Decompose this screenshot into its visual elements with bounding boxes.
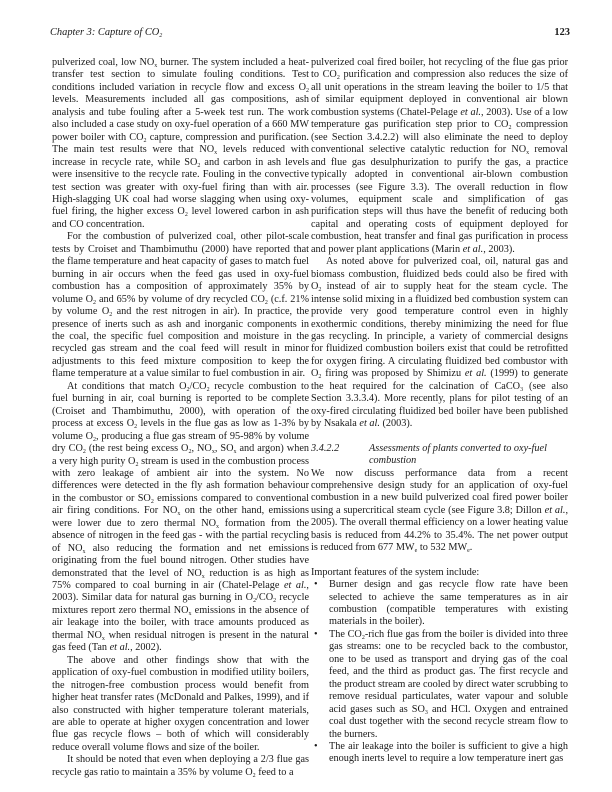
list-item: • The air leakage into the boiler is suf… (311, 741, 568, 766)
features-list: • Burner design and gas recycle flow rat… (311, 579, 568, 766)
paragraph: For the combustion of pulverized coal, o… (52, 231, 309, 380)
features-intro: Important features of the system include… (311, 567, 568, 579)
paragraph: The above and other findings show that w… (52, 655, 309, 755)
section-title: Assessments of plants converted to oxy-f… (369, 443, 568, 468)
page-number: 123 (554, 27, 570, 38)
list-item: • The CO2-rich flue gas from the boiler … (311, 629, 568, 741)
running-head: Chapter 3: Capture of CO2 (50, 27, 162, 38)
list-item-text: The air leakage into the boiler is suffi… (329, 741, 568, 764)
list-item-text: The CO2-rich flue gas from the boiler is… (329, 629, 568, 740)
paragraph: pulverized coal fired boiler, hot recycl… (311, 57, 568, 256)
spacer (311, 555, 568, 567)
list-item: • Burner design and gas recycle flow rat… (311, 579, 568, 629)
paragraph: We now discuss performance data from a r… (311, 468, 568, 555)
paragraph: pulverized coal, low NOx burner. The sys… (52, 57, 309, 231)
section-number: 3.4.2.2 (311, 443, 369, 468)
bullet-icon: • (314, 629, 318, 641)
list-item-text: Burner design and gas recycle flow rate … (329, 579, 568, 627)
paragraph: It should be noted that even when deploy… (52, 754, 309, 779)
paragraph: At conditions that match O2/CO2 recycle … (52, 381, 309, 655)
left-column: pulverized coal, low NOx burner. The sys… (52, 57, 309, 779)
section-heading: 3.4.2.2 Assessments of plants converted … (311, 443, 568, 468)
bullet-icon: • (314, 741, 318, 753)
page-header: Chapter 3: Capture of CO2 123 (50, 27, 570, 43)
bullet-icon: • (314, 579, 318, 591)
right-column: pulverized coal fired boiler, hot recycl… (311, 57, 568, 766)
paragraph: As noted above for pulverized coal, oil,… (311, 256, 568, 430)
